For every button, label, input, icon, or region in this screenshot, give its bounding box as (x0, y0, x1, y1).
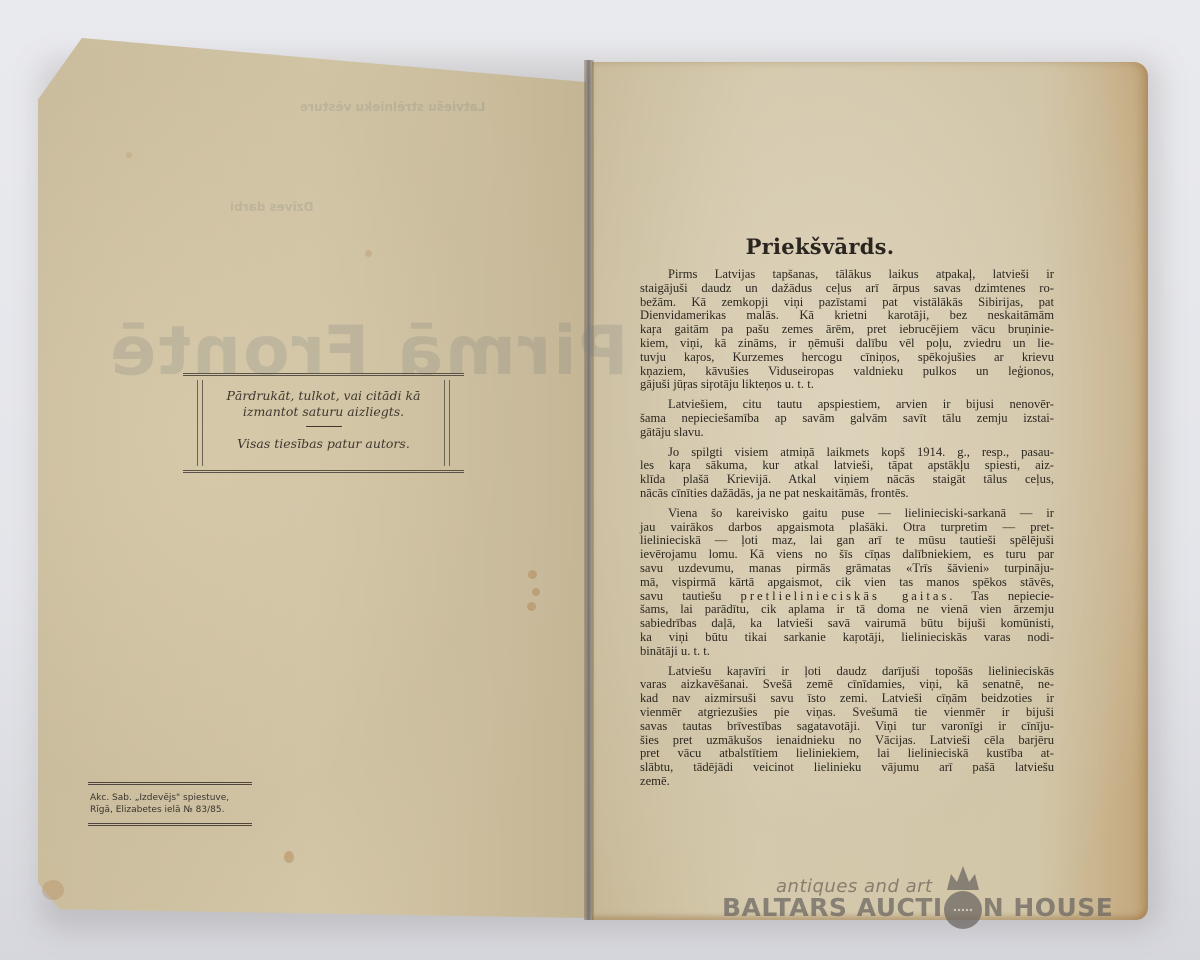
foxing-stain (284, 851, 294, 863)
bleed-through-header: Latviešu strēlnieku vēsture (300, 100, 485, 114)
text-line: Jo spilgti visiem atmiņā laikmets kopš 1… (640, 446, 1054, 460)
imprint-line-1: Akc. Sab. „Izdevējs" spiestuve, (90, 792, 252, 804)
text-line: šams, lai parādītu, cik aplama ir tā dom… (640, 603, 1054, 617)
text-line: kņaziem, kāvušies Viduseiropas valdnieku… (640, 365, 1054, 379)
preface-paragraph: Jo spilgti visiem atmiņā laikmets kopš 1… (640, 446, 1054, 501)
text-line: nācās cīnīties dažādās, ja ne pat neskai… (640, 487, 1054, 501)
text-line: Viena šo kareivisko gaitu puse — lielini… (640, 507, 1054, 521)
text-line: kiem, viņi, kā zināms, ir ņēmuši dalību … (640, 337, 1054, 351)
text-line: kad nav aizmirsuši savu īsto zemi. Latvi… (640, 692, 1054, 706)
text-line: staigājuši daudz un dažādus ceļus arī ār… (640, 282, 1054, 296)
text-line: slābtu, tādējādi veicinot lielinieku vāj… (640, 761, 1054, 775)
notice-rights-reserved: Visas tiesības patur autors. (213, 436, 434, 452)
preface-title: Priekšvārds. (600, 234, 1040, 259)
text-line: tuvju kaŗos, Kurzemes hercogu cīniņos, s… (640, 351, 1054, 365)
text-line: savu uzdevumu, manas pirmās grāmatas «Tr… (640, 562, 1054, 576)
preface-body: Pirms Latvijas tapšanas, tālākus laikus … (640, 268, 1054, 795)
foxing-stain (42, 880, 64, 900)
foxing-stain (126, 152, 132, 158)
notice-separator (306, 426, 342, 427)
text-line: savas tautas brīvestības sagatavotāji. V… (640, 720, 1054, 734)
emphasized-phrase: pretlielinieciskās gaitas (741, 589, 950, 603)
text-line: binātāji u. t. t. (640, 645, 1054, 659)
preface-paragraph: Latviešiem, citu tautu apspiestiem, arvi… (640, 398, 1054, 439)
text-line: zemē. (640, 775, 1054, 789)
foxing-stain (365, 250, 372, 257)
text-line: šama nepieciešamība ap savām galvām savī… (640, 412, 1054, 426)
text-line: Pirms Latvijas tapšanas, tālākus laikus … (640, 268, 1054, 282)
text-line: jau vairākos darbos apgaismota plašāki. … (640, 521, 1054, 535)
text-line: ka viņi būtu tikai sarkanie kaŗotāji, li… (640, 631, 1054, 645)
text-line: varas aizkavēšanai. Svešā zemē cīnīdamie… (640, 678, 1054, 692)
crown-circle-icon (943, 864, 983, 932)
printer-imprint: Akc. Sab. „Izdevējs" spiestuve, Rīgā, El… (88, 782, 252, 826)
text-line: Latviešu kaŗavīri ir ļoti daudz darījuši… (640, 665, 1054, 679)
text-line: lielinieciskā — ļoti maz, lai gan arī te… (640, 534, 1054, 548)
text-line: vienmēr atgriezušies pie viņas. Svešumā … (640, 706, 1054, 720)
foxing-stain (527, 602, 536, 611)
copyright-notice: Pārdrukāt, tulkot, vai citādi kā izmanto… (183, 373, 464, 473)
text-line: Dienvidamerikas malās. Kā krietni karotā… (640, 309, 1054, 323)
book-spine (584, 60, 594, 920)
foxing-stain (532, 588, 540, 596)
notice-reprint-prohibited: Pārdrukāt, tulkot, vai citādi kā izmanto… (213, 388, 434, 420)
preface-paragraph: Pirms Latvijas tapšanas, tālākus laikus … (640, 268, 1054, 392)
foxing-stain (528, 570, 537, 579)
text-line: les kaŗa sākuma, kur atkal latvieši, tāp… (640, 459, 1054, 473)
text-line: savu tautiešu pretlielinieciskās gaitas.… (640, 590, 1054, 604)
watermark-brand: BALTARS AUCTIN HOUSE (722, 893, 1113, 922)
imprint-line-2: Rīgā, Elizabetes ielā № 83/85. (90, 804, 252, 816)
text-line: mā, vispirmā kārtā apgaismot, cik vien t… (640, 576, 1054, 590)
preface-paragraph: Viena šo kareivisko gaitu puse — lielini… (640, 507, 1054, 659)
text-line: gājuši jūŗas siŗotāju likteņos u. t. t. (640, 378, 1054, 392)
text-line: pret vācu atbalstītiem lieliniekiem, lai… (640, 747, 1054, 761)
text-line: gātāju slavu. (640, 426, 1054, 440)
text-line: klīda plašā Krievijā. Atkal viņiem nācās… (640, 473, 1054, 487)
text-line: sabiedrības daļā, ka latvieši savā vairu… (640, 617, 1054, 631)
text-line: šies pret uzmākušos ienaidnieku no Vācij… (640, 734, 1054, 748)
preface-paragraph: Latviešu kaŗavīri ir ļoti daudz darījuši… (640, 665, 1054, 789)
text-line: Latviešiem, citu tautu apspiestiem, arvi… (640, 398, 1054, 412)
text-line: bežām. Kā zemkopji viņi pazīstami pat vi… (640, 296, 1054, 310)
text-line: ievērojamu lomu. Kā viens no šīs cīņas d… (640, 548, 1054, 562)
bleed-through-subtitle: Dzīves darbi (230, 200, 314, 214)
text-line: kaŗa gaitām pa pašu zemes ārēm, pret ieb… (640, 323, 1054, 337)
